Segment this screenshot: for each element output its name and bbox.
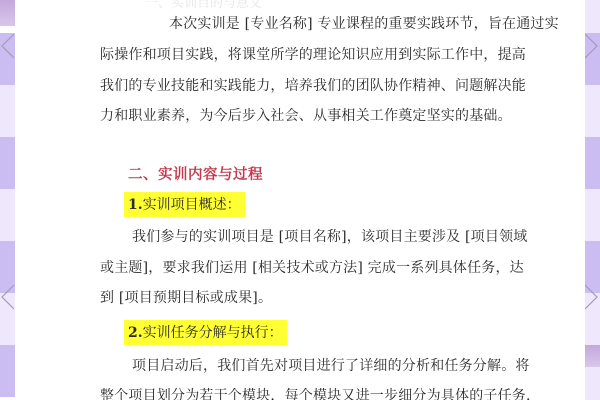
section-heading: 二、实训内容与过程 xyxy=(128,163,263,184)
paragraph-line: 力和职业素养，为今后步入社会、从事相关工作奠定坚实的基础。 xyxy=(100,105,512,125)
paragraph-line: 整个项目划分为若干个模块，每个模块又进一步细分为具体的子任务， xyxy=(100,385,540,400)
document-page: 一、实训目的与意义 本次实训是 [专业名称] 专业课程的重要实践环节，旨在通过实… xyxy=(15,0,585,400)
paragraph-line: 或主题]，要求我们运用 [相关技术或方法] 完成一系列具体任务，达 xyxy=(100,257,524,277)
border-band xyxy=(585,137,600,189)
border-band xyxy=(585,0,600,33)
chevron-right-icon xyxy=(585,283,599,311)
left-decorative-border xyxy=(0,0,15,400)
paragraph-line: 本次实训是 [专业名称] 专业课程的重要实践环节，旨在通过实 xyxy=(169,13,559,33)
border-band xyxy=(585,345,600,367)
paragraph-line: 我们参与的实训项目是 [项目名称]，该项目主要涉及 [项目领域 xyxy=(132,226,528,246)
subsection-title-highlighted: 1.实训项目概述： xyxy=(124,192,245,217)
border-band xyxy=(0,0,15,26)
chevron-right-icon xyxy=(585,32,599,60)
border-band xyxy=(585,85,600,137)
subsection-number: 2. xyxy=(128,325,143,341)
border-band xyxy=(585,367,600,400)
border-band xyxy=(0,189,15,241)
border-band xyxy=(0,85,15,137)
paragraph-line: 项目启动后，我们首先对项目进行了详细的分析和任务分解。将 xyxy=(132,355,530,375)
subsection-title: 实训任务分解与执行： xyxy=(143,325,283,341)
right-decorative-border xyxy=(585,0,600,400)
border-band xyxy=(0,345,15,397)
chevron-left-icon xyxy=(0,32,14,60)
faded-section-title: 一、实训目的与意义 xyxy=(145,0,262,11)
paragraph-line: 我们的专业技能和实践能力，培养我们的团队协作精神、问题解决能 xyxy=(100,75,526,95)
subsection-number: 1. xyxy=(128,197,143,213)
paragraph-line: 际操作和项目实践，将课堂所学的理论知识应用到实际工作中，提高 xyxy=(100,44,526,64)
chevron-left-icon xyxy=(0,283,14,311)
border-band xyxy=(0,137,15,189)
border-band xyxy=(585,189,600,241)
subsection-title-highlighted: 2.实训任务分解与执行： xyxy=(124,320,287,345)
paragraph-line: 到 [项目预期目标或成果]。 xyxy=(100,287,272,307)
subsection-title: 实训项目概述： xyxy=(143,197,241,213)
